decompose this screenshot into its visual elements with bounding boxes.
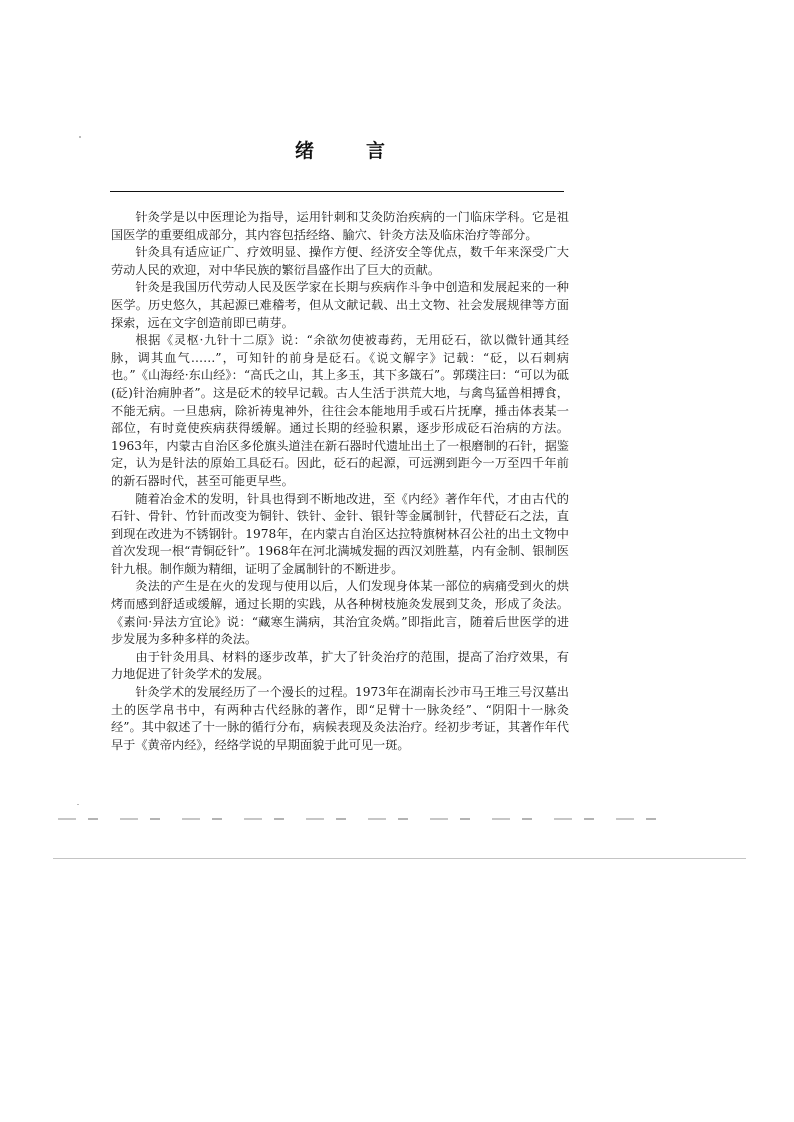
title-char-1: 绪 bbox=[295, 136, 314, 163]
scan-speck bbox=[77, 804, 79, 805]
chapter-title: 绪言 bbox=[0, 136, 680, 163]
paragraph: 针灸学是以中医理论为指导，运用针刺和艾灸防治疾病的一门临床学科。它是祖国医学的重… bbox=[111, 209, 569, 244]
title-underline-rule bbox=[110, 191, 564, 192]
paragraph: 随着冶金术的发明，针具也得到不断地改进，至《内经》著作年代，才由古代的石针、骨针… bbox=[111, 491, 569, 579]
paragraph: 针灸是我国历代劳动人民及医学家在长期与疾病作斗争中创造和发展起来的一种医学。历史… bbox=[111, 279, 569, 332]
paragraph: 由于针灸用具、材料的逐步改革，扩大了针灸治疗的范围，提高了治疗效果，有力地促进了… bbox=[111, 649, 569, 684]
paragraph: 灸法的产生是在火的发现与使用以后，人们发现身体某一部位的病痛受到火的烘烤而感到舒… bbox=[111, 578, 569, 648]
paragraph: 根据《灵枢·九针十二原》说：“余欲勿使被毒药，无用砭石，欲以微针通其经脉，调其血… bbox=[111, 332, 569, 490]
page-bottom-rule bbox=[53, 858, 746, 859]
body-text: 针灸学是以中医理论为指导，运用针刺和艾灸防治疾病的一门临床学科。它是祖国医学的重… bbox=[111, 209, 569, 754]
document-page: 绪言 针灸学是以中医理论为指导，运用针刺和艾灸防治疾病的一门临床学科。它是祖国医… bbox=[0, 0, 794, 1122]
paragraph: 针灸具有适应证广、疗效明显、操作方便、经济安全等优点，数千年来深受广大劳动人民的… bbox=[111, 244, 569, 279]
scan-artifact-dashes bbox=[58, 818, 658, 820]
paragraph: 针灸学术的发展经历了一个漫长的过程。1973年在湖南长沙市马王堆三号汉墓出土的医… bbox=[111, 684, 569, 754]
title-char-2: 言 bbox=[366, 136, 385, 163]
